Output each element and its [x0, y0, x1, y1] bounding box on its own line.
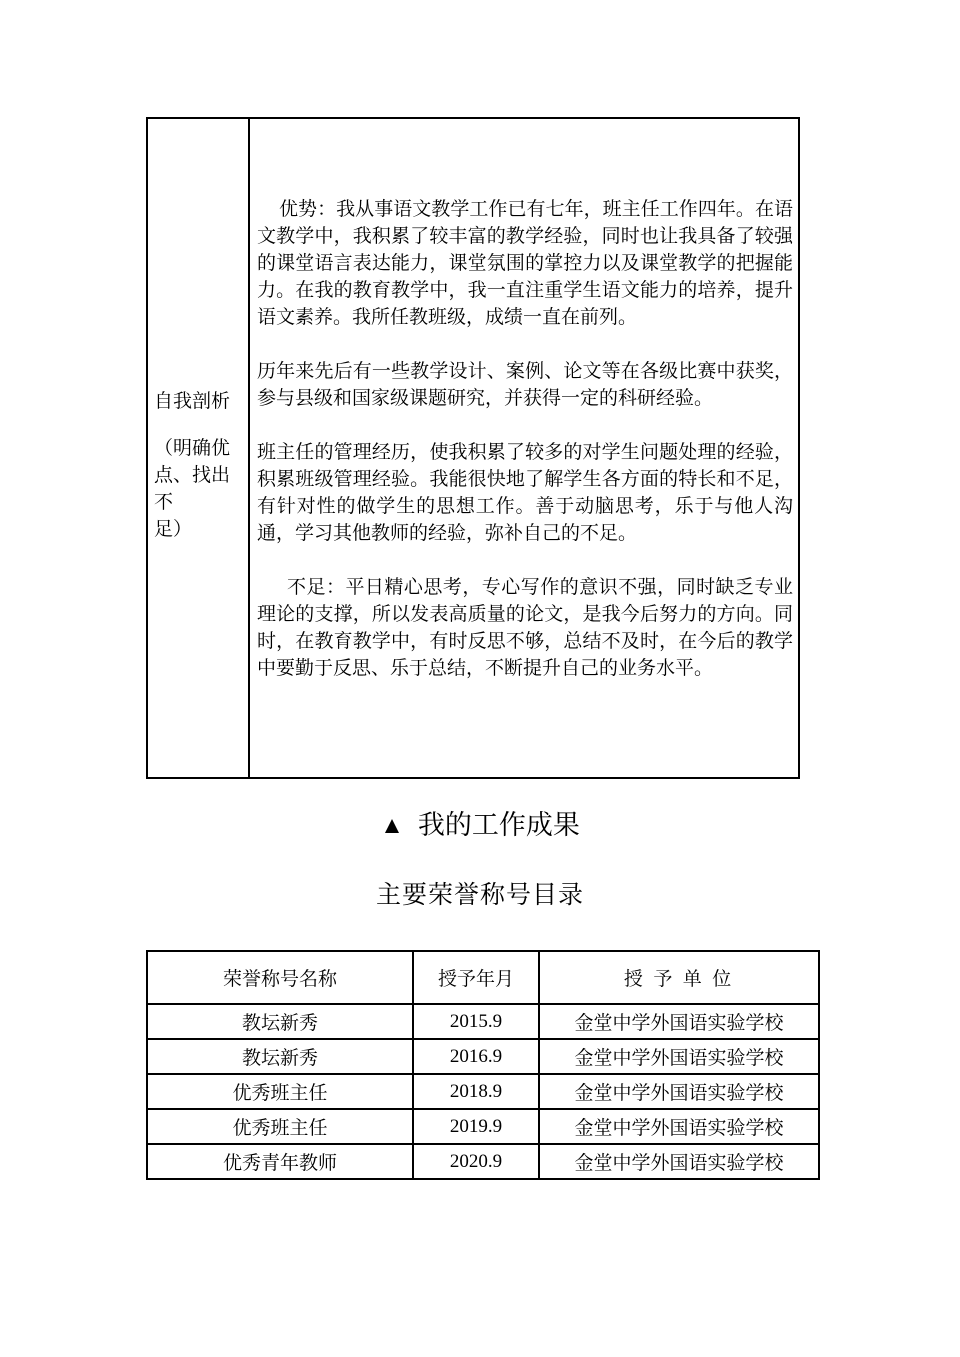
work-achievements-title: 我的工作成果: [418, 810, 580, 840]
awards-paragraph: 历年来先后有一些教学设计、案例、论文等在各级比赛中获奖，参与县级和国家级课题研究…: [257, 358, 793, 412]
award-date-cell: 2018.9: [413, 1074, 539, 1109]
strengths-paragraph: 优势：我从事语文教学工作已有七年，班主任工作四年。在语文教学中，我积累了较丰富的…: [257, 196, 793, 331]
table-row: 教坛新秀 2016.9 金堂中学外国语实验学校: [147, 1039, 819, 1074]
self-analysis-table: 自我剖析 （明确优 点、找出不 足） 优势：我从事语文教学工作已有七年，班主任工…: [146, 117, 800, 779]
table-row: 优秀班主任 2019.9 金堂中学外国语实验学校: [147, 1109, 819, 1144]
honors-header-row: 荣誉称号名称 授予年月 授 予 单 位: [147, 951, 819, 1004]
award-unit-cell: 金堂中学外国语实验学校: [539, 1109, 819, 1144]
award-unit-cell: 金堂中学外国语实验学校: [539, 1144, 819, 1179]
honor-name-cell: 优秀青年教师: [147, 1144, 413, 1179]
honor-name-cell: 优秀班主任: [147, 1109, 413, 1144]
table-row: 优秀班主任 2018.9 金堂中学外国语实验学校: [147, 1074, 819, 1109]
award-unit-cell: 金堂中学外国语实验学校: [539, 1004, 819, 1039]
triangle-icon: ▲: [380, 813, 404, 839]
award-date-cell: 2020.9: [413, 1144, 539, 1179]
award-date-cell: 2016.9: [413, 1039, 539, 1074]
self-analysis-label: 自我剖析: [154, 388, 244, 415]
self-analysis-label-cell: 自我剖析 （明确优 点、找出不 足）: [148, 119, 250, 777]
honor-name-cell: 教坛新秀: [147, 1039, 413, 1074]
table-row: 优秀青年教师 2020.9 金堂中学外国语实验学校: [147, 1144, 819, 1179]
award-unit-cell: 金堂中学外国语实验学校: [539, 1039, 819, 1074]
self-analysis-note: （明确优 点、找出不 足）: [154, 435, 244, 543]
management-paragraph: 班主任的管理经历，使我积累了较多的对学生问题处理的经验，积累班级管理经验。我能很…: [257, 439, 793, 547]
header-honor-name: 荣誉称号名称: [147, 951, 413, 1004]
table-row: 教坛新秀 2015.9 金堂中学外国语实验学校: [147, 1004, 819, 1039]
honor-name-cell: 教坛新秀: [147, 1004, 413, 1039]
weaknesses-paragraph: 不足：平日精心思考，专心写作的意识不强，同时缺乏专业理论的支撑，所以发表高质量的…: [257, 574, 793, 682]
header-award-date: 授予年月: [413, 951, 539, 1004]
honor-name-cell: 优秀班主任: [147, 1074, 413, 1109]
honors-directory-title: 主要荣誉称号目录: [0, 879, 960, 913]
award-date-cell: 2015.9: [413, 1004, 539, 1039]
self-analysis-content-cell: 优势：我从事语文教学工作已有七年，班主任工作四年。在语文教学中，我积累了较丰富的…: [250, 119, 798, 777]
award-date-cell: 2019.9: [413, 1109, 539, 1144]
award-unit-cell: 金堂中学外国语实验学校: [539, 1074, 819, 1109]
work-achievements-heading: ▲我的工作成果: [0, 806, 960, 845]
header-award-unit: 授 予 单 位: [539, 951, 819, 1004]
honors-table: 荣誉称号名称 授予年月 授 予 单 位 教坛新秀 2015.9 金堂中学外国语实…: [146, 950, 820, 1180]
